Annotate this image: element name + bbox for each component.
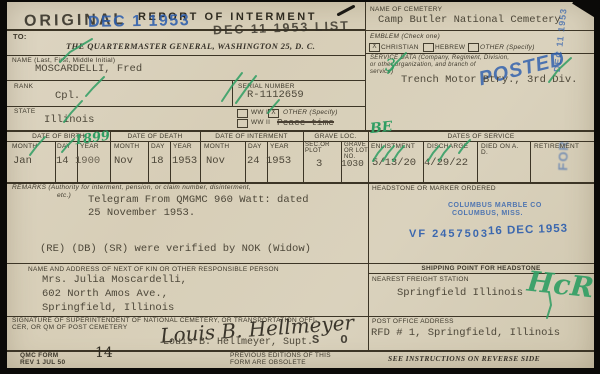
emblem-label: EMBLEM (Check one)	[370, 33, 440, 40]
death-year-value: 1953	[172, 155, 197, 167]
plot-value: 3	[316, 158, 322, 170]
divider	[530, 141, 531, 182]
service-dates-note: BE	[369, 119, 393, 137]
scanned-interment-form: REPORT OF INTERMENT TO: THE QUARTERMASTE…	[0, 0, 600, 374]
post-office-value: RFD # 1, Springfield, Illinois	[371, 327, 560, 339]
interment-day-label: DAY	[248, 143, 262, 150]
rank-value: Cpl.	[55, 90, 80, 102]
rule	[7, 55, 365, 56]
form-id-line-2: REV 1 JUL 50	[20, 359, 65, 366]
service-data-value: Trench Motor Btry., 3rd Div.	[401, 74, 577, 86]
death-month-value: Nov	[114, 155, 133, 167]
remarks-label-2: etc.)	[57, 192, 71, 199]
marble-co-stamp-1: COLUMBUS MARBLE CO	[448, 202, 542, 209]
nok-line-1: Mrs. Julia Moscardelli,	[42, 274, 187, 286]
reverse-side-note: SEE INSTRUCTIONS ON REVERSE SIDE	[388, 354, 540, 363]
rank-label: RANK	[14, 83, 33, 90]
remarks-line-2: 25 November 1953.	[88, 207, 195, 219]
state-label: STATE	[14, 108, 35, 115]
cemetery-label: NAME OF CEMETERY	[370, 6, 442, 13]
dates-of-service-label: DATES OF SERVICE	[368, 133, 594, 140]
interment-year-value: 1953	[266, 155, 291, 167]
birth-year-value: 1900	[75, 155, 100, 167]
divider	[232, 80, 233, 106]
rule	[7, 263, 594, 264]
divider	[365, 2, 366, 130]
birth-month-label: MONTH	[12, 143, 37, 150]
nok-line-3: Springfield, Illinois	[42, 302, 174, 314]
interment-year-label: YEAR	[270, 143, 289, 150]
hebrew-checkbox	[423, 43, 434, 52]
hebrew-label: HEBREW	[435, 44, 465, 51]
divider	[170, 141, 171, 182]
discharge-label: DISCHARGE	[427, 143, 468, 150]
freight-station-label: NEAREST FREIGHT STATION	[372, 276, 469, 283]
freight-monogram: HcR	[525, 265, 595, 305]
post-office-label: POST OFFICE ADDRESS	[372, 318, 454, 325]
birth-month-value: Jan	[13, 155, 32, 167]
enlistment-value: 5/13/20	[372, 157, 416, 169]
obsolete-note-1: PREVIOUS EDITIONS OF THIS	[230, 352, 331, 359]
death-label: DATE OF DEATH	[110, 133, 200, 140]
rule	[7, 106, 365, 107]
marble-co-stamp-2: COLUMBUS, MISS.	[452, 210, 523, 217]
lot-value: 1030	[341, 158, 364, 169]
divider	[477, 141, 478, 182]
interment-day-value: 24	[247, 155, 260, 167]
war-other-label: OTHER (Specify)	[283, 109, 338, 116]
remarks-label-1: REMARKS (Authority for interment, pensio…	[12, 184, 251, 191]
christian-label: CHRISTIAN	[381, 44, 419, 51]
form-number-handwritten: 14	[95, 345, 113, 361]
divider	[148, 141, 149, 182]
emblem-other-label: OTHER (Specify)	[480, 44, 535, 51]
divider	[368, 130, 369, 350]
interment-month-label: MONTH	[204, 143, 229, 150]
signature-label-2: CER, OR QM OF POST CEMETERY	[12, 324, 127, 331]
ww1-label: WW I	[251, 109, 268, 116]
nok-label: NAME AND ADDRESS OF NEXT OF KIN OR OTHER…	[28, 266, 279, 273]
birth-day-label: DAY	[57, 143, 71, 150]
obsolete-note-2: FORM ARE OBSOLETE	[230, 359, 306, 366]
interment-label: DATE OF INTERMENT	[200, 133, 303, 140]
remarks-line-1: Telegram From QMGMC 960 Watt: dated	[88, 194, 309, 206]
grave-loc-label: GRAVE LOC.	[303, 133, 368, 140]
birth-day-value: 14	[56, 155, 69, 167]
enlistment-label: ENLISTMENT	[371, 143, 415, 150]
rule	[7, 80, 365, 81]
interment-month-value: Nov	[206, 155, 225, 167]
cemetery-value: Camp Butler National Cemetery	[378, 14, 561, 26]
death-month-label: MONTH	[114, 143, 139, 150]
headstone-label: HEADSTONE OR MARKER ORDERED	[372, 185, 496, 192]
name-value: MOSCARDELLI, Fred	[35, 63, 142, 75]
died-on-ad-label-2: D.	[481, 149, 488, 156]
state-value: Illinois	[44, 114, 94, 126]
superintendent-typed: Louis B. Hellmeyer, Supt.	[163, 337, 313, 348]
ww1-checkbox	[237, 109, 248, 118]
nok-line-2: 602 North Amos Ave.,	[42, 288, 168, 300]
form-id-line-1: QMC FORM	[20, 352, 59, 359]
death-year-label: YEAR	[173, 143, 192, 150]
divider	[245, 141, 246, 182]
order-number-stamp: VF 2457503	[409, 228, 489, 240]
peace-time-struck: Peace time	[277, 117, 334, 128]
retirement-label: RETIREMENT	[534, 143, 579, 150]
ww2-label: WW II	[251, 119, 270, 126]
discharge-value: 4/29/22	[424, 157, 468, 169]
emblem-other-checkbox	[468, 43, 479, 52]
freight-station-value: Springfield Illinois	[397, 287, 523, 299]
addressee: THE QUARTERMASTER GENERAL, WASHINGTON 25…	[66, 41, 315, 51]
ww2-checkbox	[237, 119, 248, 128]
plot-label-2: PLOT	[305, 148, 322, 154]
to-label: TO:	[13, 32, 27, 41]
death-day-label: DAY	[151, 143, 165, 150]
christian-checkbox: X	[369, 43, 380, 52]
date-received-stamp: DEC 1 1953	[88, 12, 190, 32]
supt-suffix-stamp: S O	[312, 333, 355, 347]
remarks-verification: (RE) (DB) (SR) were verified by NOK (Wid…	[40, 243, 311, 255]
service-unit-annotation: 3	[385, 56, 396, 76]
serial-value: R-1112659	[247, 89, 304, 101]
death-day-value: 18	[151, 155, 164, 167]
